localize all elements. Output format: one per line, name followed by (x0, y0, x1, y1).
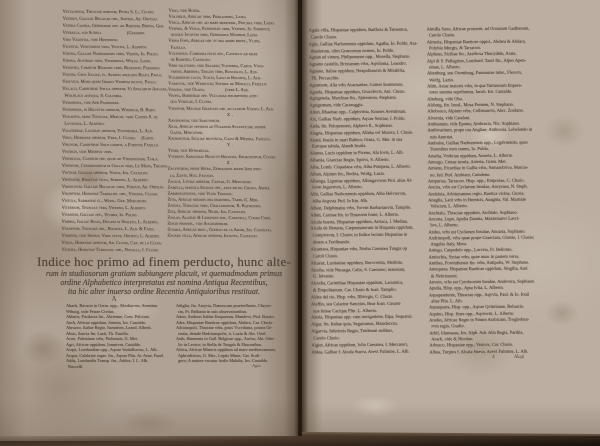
index-entry-line: Acqui, Lombardiae opp., Aqvae Statiellor… (66, 347, 168, 353)
right-page-catchword: Alagi (514, 355, 524, 360)
right-page-index-column-2: Almilla Saxo, Africae promont. ad Oceanu… (427, 26, 536, 356)
signature-mark: 4 (492, 354, 495, 360)
index-entry-line: Ablea, Galliae f. Alcala Sueva, Avevi Fu… (311, 348, 425, 356)
index-entry-line: Antequera, Hispaniae Baeticae oppidum, S… (429, 266, 535, 273)
right-page-index-column-1: Agala villa, Hispaniae oppidum, Batthoia… (309, 27, 426, 356)
book-photograph: Vetulonium, Thusciae oppidum, Petra S. L… (0, 0, 600, 446)
index-entry-line: Agle, Galliae Narbonensis oppidum, Agath… (309, 40, 423, 48)
book-gutter-shadow (284, 0, 318, 446)
index-entry-line: Complvtvm, I. Clusio; in Indice lectum H… (310, 232, 424, 240)
index-entry-line: Abach, Bavaria in Germ. opp., Abvdiacvm,… (66, 303, 168, 309)
index-entry-line: Agala villa, Hispaniae oppidum, Batthoia… (309, 27, 423, 35)
left-page-second-index-column-2: Adiglia, fiu. Assyria, Damascum praeterf… (176, 303, 296, 364)
paragraph-line: rum in studiosorum gratiam subiungere pl… (34, 269, 294, 278)
paragraph-line: Indice hoc primo ad finem perducto, hunc… (34, 255, 294, 269)
book-bottom-edge (0, 436, 600, 446)
left-page-catchword: Agia (252, 363, 261, 368)
index-entry-line: Altenburg, seu Owenburg, Pannoniae infer… (427, 70, 533, 77)
transition-paragraph: Indice hoc primo ad finem perducto, hunc… (34, 255, 294, 296)
left-page-second-index-column-1: Abach, Bavaria in Germ. opp., Abvdiacvm,… (66, 303, 168, 369)
index-entry-line: Ambivaritum, prope ora Angliae; Ambrosia… (427, 127, 533, 134)
index-entry-line: gero; A maiore vocatur hodie Mahdia, Ios… (176, 358, 296, 364)
index-entry-line: Ruscelli. (66, 364, 168, 370)
index-entry-line: Alagna, Hispaniae oppidum, Allaba vel Ma… (309, 129, 423, 137)
left-page-index-column-1: Vetulonium, Thusciae oppidum, Petra S. L… (61, 8, 166, 254)
index-entry-line: Amiens, Picardiae in Gallia vrbs, Samaro… (428, 165, 534, 172)
paragraph-line: ordine Alphabetico interpretatus est nom… (34, 278, 294, 287)
index-entry-line: Zagara villa, Africae oppidum, Iulietta,… (167, 233, 293, 240)
section-header-a: A (62, 295, 166, 303)
index-entry-line: Altobosco, Alpium vrbs, Collistanvm, Ale… (427, 108, 533, 115)
index-entry-line: Vicenza, Hispaniae Tarracon. opp., Novel… (61, 246, 165, 254)
left-page-index-column-2: Vrso, vide Horta.Volubilis, Africae vrbs… (167, 8, 294, 240)
